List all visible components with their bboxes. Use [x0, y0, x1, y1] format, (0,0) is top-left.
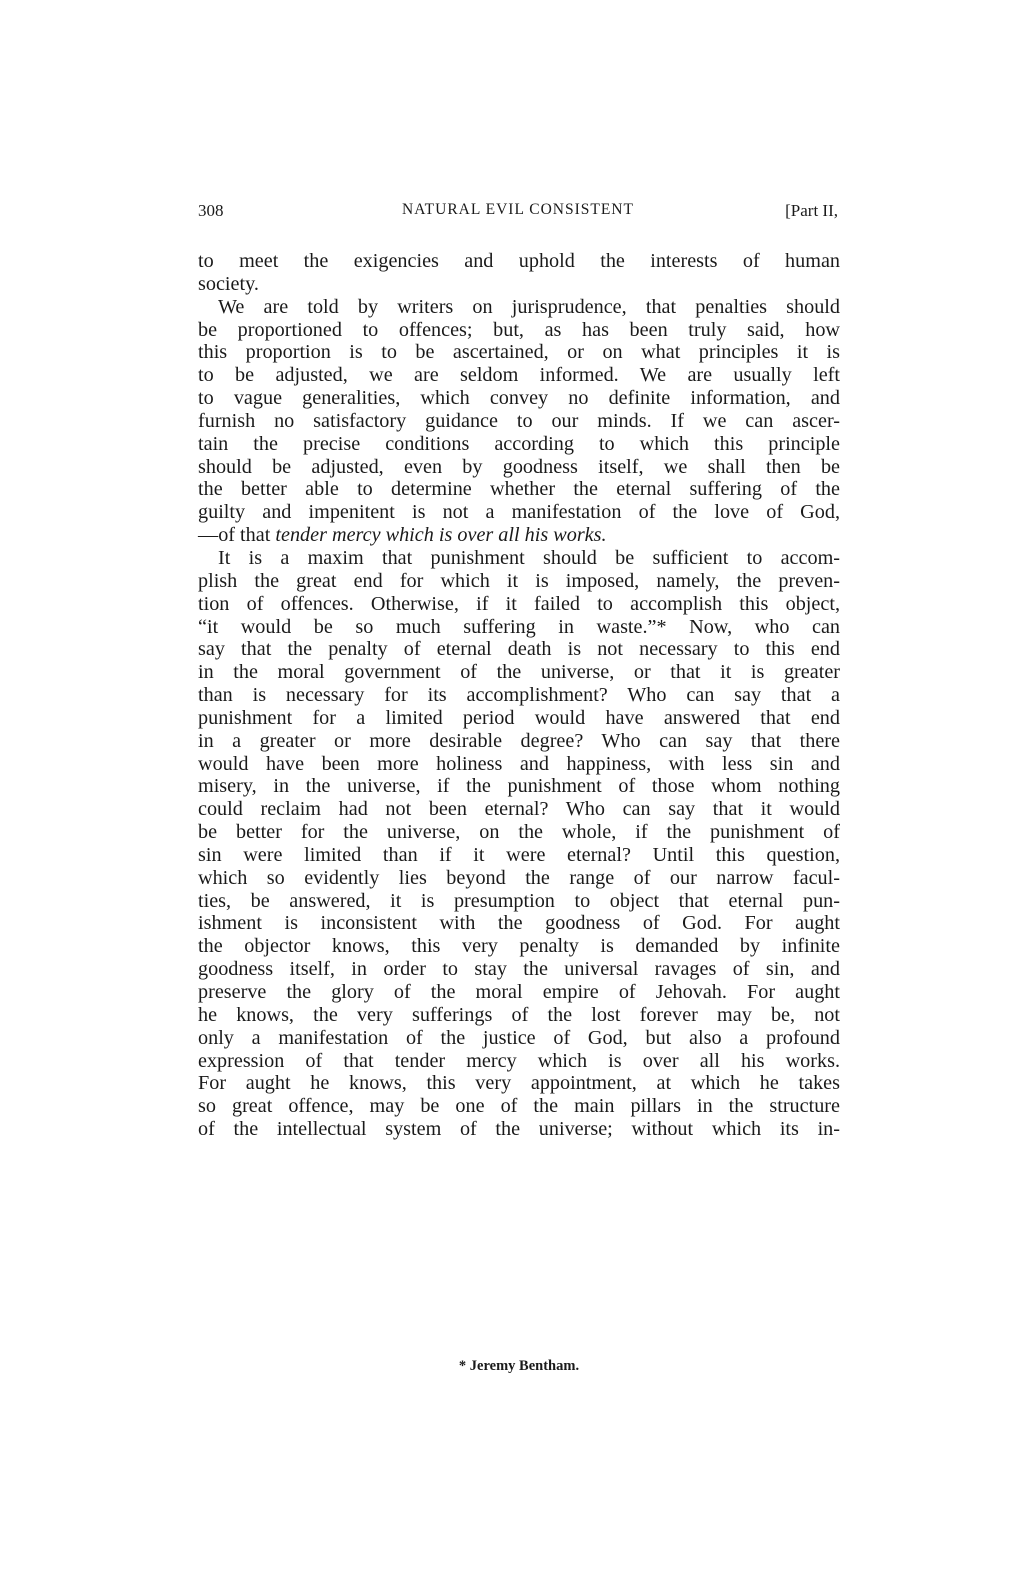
line-text: than is necessary for its accomplishment…	[198, 684, 840, 706]
text-line: so great offence, may be one of the main…	[198, 1095, 840, 1118]
part-label: [Part II,	[785, 201, 838, 221]
line-text: —of that	[198, 524, 275, 546]
text-line: “it would be so much suffering in waste.…	[198, 616, 840, 639]
text-line: We are told by writers on jurisprudence,…	[198, 296, 840, 319]
text-line: furnish no satisfactory guidance to our …	[198, 410, 840, 433]
line-text: guilty and impenitent is not a manifesta…	[198, 501, 840, 523]
text-line: the better able to determine whether the…	[198, 478, 840, 501]
text-line: which so evidently lies beyond the range…	[198, 867, 840, 890]
line-text: expression of that tender mercy which is…	[198, 1050, 840, 1072]
text-line: guilty and impenitent is not a manifesta…	[198, 501, 840, 524]
line-text: tain the precise conditions according to…	[198, 433, 840, 455]
line-text: tion of offences. Otherwise, if it faile…	[198, 593, 840, 615]
text-line: the objector knows, this very penalty is…	[198, 935, 840, 958]
text-line: ties, be answered, it is presumption to …	[198, 890, 840, 913]
line-text: only a manifestation of the justice of G…	[198, 1027, 840, 1049]
line-text: to vague generalities, which convey no d…	[198, 387, 840, 409]
text-line: should be adjusted, even by goodness its…	[198, 456, 840, 479]
text-line: society.	[198, 273, 840, 296]
line-text: sin were limited than if it were eternal…	[198, 844, 840, 866]
body-text: to meet the exigencies and uphold the in…	[198, 250, 840, 1141]
line-text: “it would be so much suffering in waste.…	[198, 616, 840, 638]
line-text: could reclaim had not been eternal? Who …	[198, 798, 840, 820]
text-line: only a manifestation of the justice of G…	[198, 1027, 840, 1050]
line-text: he knows, the very sufferings of the los…	[198, 1004, 840, 1026]
text-line: plish the great end for which it is impo…	[198, 570, 840, 593]
text-line: be better for the universe, on the whole…	[198, 821, 840, 844]
text-line: For aught he knows, this very appointmen…	[198, 1072, 840, 1095]
text-line: this proportion is to be ascertained, or…	[198, 341, 840, 364]
text-line: —of that tender mercy which is over all …	[198, 524, 840, 547]
text-line: say that the penalty of eternal death is…	[198, 638, 840, 661]
text-line: in a greater or more desirable degree? W…	[198, 730, 840, 753]
line-text: in the moral government of the universe,…	[198, 661, 840, 683]
text-line: It is a maxim that punishment should be …	[198, 547, 840, 570]
line-text: to be adjusted, we are seldom informed. …	[198, 364, 840, 386]
text-line: expression of that tender mercy which is…	[198, 1050, 840, 1073]
text-line: could reclaim had not been eternal? Who …	[198, 798, 840, 821]
line-text: furnish no satisfactory guidance to our …	[198, 410, 840, 432]
line-text: It is a maxim that punishment should be …	[218, 547, 840, 569]
line-text: plish the great end for which it is impo…	[198, 570, 840, 592]
line-text: be proportioned to offences; but, as has…	[198, 319, 840, 341]
text-line: goodness itself, in order to stay the un…	[198, 958, 840, 981]
line-text: ishment is inconsistent with the goodnes…	[198, 912, 840, 934]
text-line: tain the precise conditions according to…	[198, 433, 840, 456]
line-text: should be adjusted, even by goodness its…	[198, 456, 840, 478]
text-line: ishment is inconsistent with the goodnes…	[198, 912, 840, 935]
text-line: than is necessary for its accomplishment…	[198, 684, 840, 707]
text-line: in the moral government of the universe,…	[198, 661, 840, 684]
text-line: to meet the exigencies and uphold the in…	[198, 250, 840, 273]
text-line: tion of offences. Otherwise, if it faile…	[198, 593, 840, 616]
line-text: misery, in the universe, if the punishme…	[198, 775, 840, 797]
line-text: to meet the exigencies and uphold the in…	[198, 250, 840, 272]
text-line: misery, in the universe, if the punishme…	[198, 775, 840, 798]
text-line: to be adjusted, we are seldom informed. …	[198, 364, 840, 387]
text-line: preserve the glory of the moral empire o…	[198, 981, 840, 1004]
line-text: so great offence, may be one of the main…	[198, 1095, 840, 1117]
line-text: of the intellectual system of the univer…	[198, 1118, 840, 1140]
line-text: which so evidently lies beyond the range…	[198, 867, 840, 889]
text-line: to vague generalities, which convey no d…	[198, 387, 840, 410]
line-text: goodness itself, in order to stay the un…	[198, 958, 840, 980]
text-line: he knows, the very sufferings of the los…	[198, 1004, 840, 1027]
line-text: punishment for a limited period would ha…	[198, 707, 840, 729]
line-text: would have been more holiness and happin…	[198, 753, 840, 775]
text-line: be proportioned to offences; but, as has…	[198, 319, 840, 342]
line-text: We are told by writers on jurisprudence,…	[218, 296, 840, 318]
running-header: 308 NATURAL EVIL CONSISTENT [Part II,	[198, 201, 838, 225]
running-title: NATURAL EVIL CONSISTENT	[198, 201, 838, 219]
footnote: * Jeremy Bentham.	[198, 1358, 840, 1375]
line-text: this proportion is to be ascertained, or…	[198, 341, 840, 363]
text-line: would have been more holiness and happin…	[198, 753, 840, 776]
text-line: punishment for a limited period would ha…	[198, 707, 840, 730]
text-line: of the intellectual system of the univer…	[198, 1118, 840, 1141]
line-text: the objector knows, this very penalty is…	[198, 935, 840, 957]
line-text: say that the penalty of eternal death is…	[198, 638, 840, 660]
italic-quote: tender mercy which is over all his works…	[275, 524, 606, 546]
line-text: preserve the glory of the moral empire o…	[198, 981, 840, 1003]
line-text: the better able to determine whether the…	[198, 478, 840, 500]
line-text: society.	[198, 273, 259, 295]
line-text: ties, be answered, it is presumption to …	[198, 890, 840, 912]
text-line: sin were limited than if it were eternal…	[198, 844, 840, 867]
line-text: For aught he knows, this very appointmen…	[198, 1072, 840, 1094]
line-text: in a greater or more desirable degree? W…	[198, 730, 840, 752]
line-text: be better for the universe, on the whole…	[198, 821, 840, 843]
